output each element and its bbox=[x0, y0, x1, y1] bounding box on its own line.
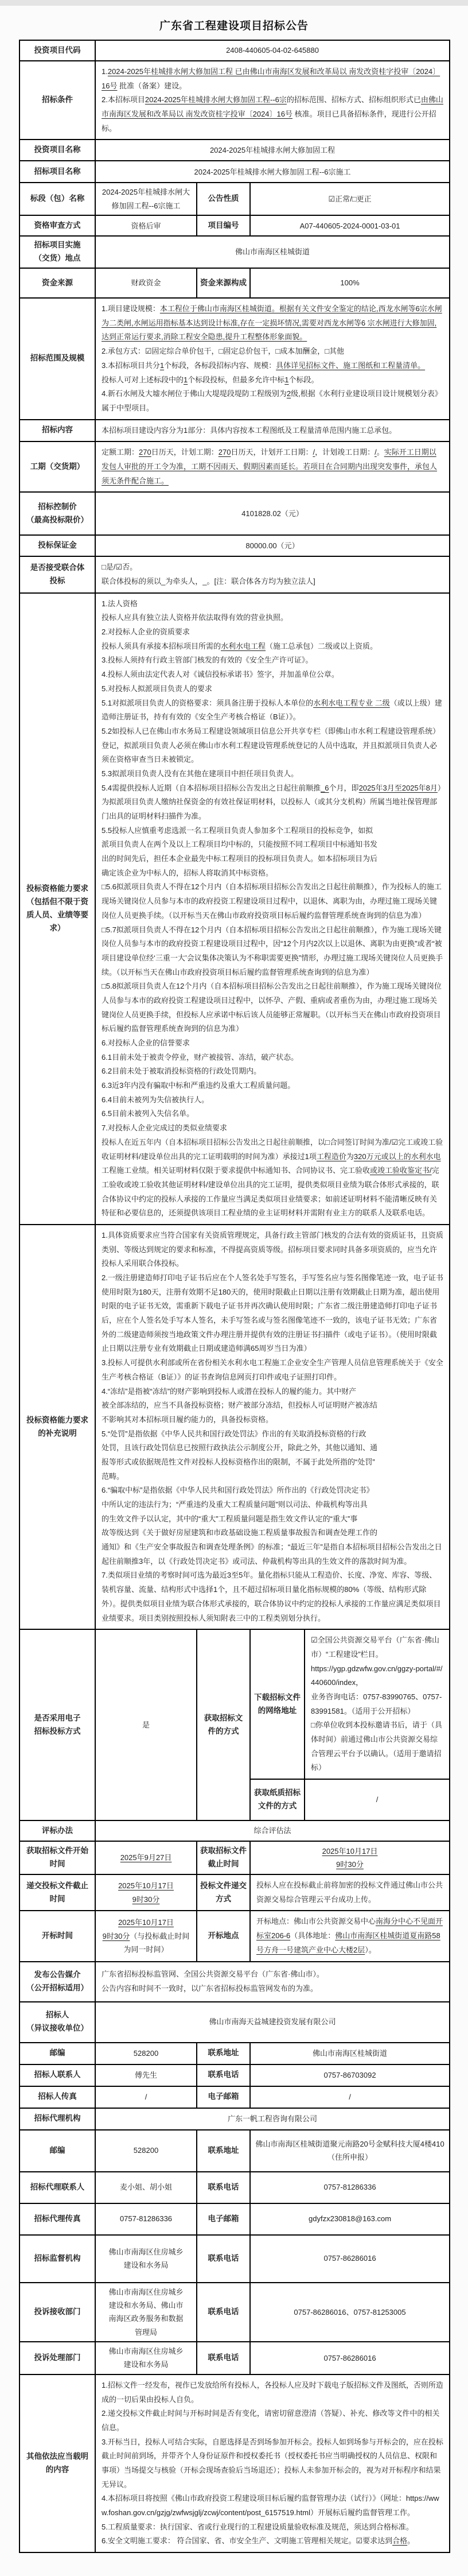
submit-deadline-label: 递交投标文件截止时间 bbox=[19, 1874, 95, 1911]
other-value: 1.招标文件一经发布，视作已发放给所有投标人，各投标人应及时下载电子版招标文件及… bbox=[95, 2374, 450, 2552]
doc-deadline-label: 获取招标文件截止时间 bbox=[197, 1841, 250, 1874]
invest-name-value: 2024-2025年桂城排水闸大修加固工程 bbox=[95, 140, 450, 161]
row-complaint-receive: 投诉接收部门 佛山市南海区住房城乡 建设和水务局、佛山市 南海区政务服务和数据 … bbox=[19, 2283, 450, 2342]
row-media: 发布公告媒介 （公开招标适用） 广东省招标投标监管网、全国公共资源交易平台（广东… bbox=[19, 1962, 450, 2002]
tenderer-postcode-value: 528200 bbox=[95, 2043, 197, 2064]
location-value: 佛山市南海区桂城街道 bbox=[95, 236, 450, 268]
supervisor-phone-value: 0757-86286016 bbox=[250, 2235, 450, 2283]
opening-time-label: 开标时间 bbox=[19, 1911, 95, 1961]
row-invest-code: 投资项目代码 2408-440605-04-02-645880 bbox=[19, 40, 450, 61]
supervisor-label: 招标监督机构 bbox=[19, 2235, 95, 2283]
duration-value: 定额工期：270日历天，计划工期：270日历天，计划开工日期：/，计划竣工日期：… bbox=[95, 441, 450, 492]
project-name-value: 2024-2025年桂城排水闸大修加固工程--6宗施工 bbox=[95, 161, 450, 183]
bid-conditions-label: 招标条件 bbox=[19, 61, 95, 140]
row-duration: 工期（交货期） 定额工期：270日历天，计划工期：270日历天，计划开工日期：/… bbox=[19, 441, 450, 492]
complaint-handle-phone-value: 0757-86286016 bbox=[250, 2342, 450, 2374]
row-tenderer-fax: 招标人传真 / 电子邮箱 / bbox=[19, 2086, 450, 2108]
tenderer-email-value: / bbox=[250, 2086, 450, 2108]
tenderer-email-label: 电子邮箱 bbox=[197, 2086, 250, 2108]
tenderer-contact-label: 招标人联系人 bbox=[19, 2064, 95, 2086]
agency-phone-label: 联系电话 bbox=[197, 2172, 250, 2203]
page-title: 广东省工程建设项目招标公告 bbox=[19, 17, 449, 33]
content-value: 本招标项目建设内容分为1部分：具体内容按本工程图纸及工程量清单范围内施工总承包。 bbox=[95, 420, 450, 442]
evaluation-label: 评标办法 bbox=[19, 1820, 95, 1841]
tenderer-value: 佛山市南海天益城建投资发展有限公司 bbox=[95, 2002, 450, 2043]
supervisor-phone-label: 联系电话 bbox=[197, 2235, 250, 2283]
row-qualification-notes: 投标资格能力要求的补充说明 1.具体资质要求应当符合国家有关资质管理规定，具备行… bbox=[19, 1225, 450, 1629]
invest-code-label: 投资项目代码 bbox=[19, 40, 95, 61]
control-price-value: 4101828.02（元） bbox=[95, 492, 450, 535]
media-value: 广东省招标投标监管网、全国公共资源交易平台（广东省·佛山市）。 公告内容和时间不… bbox=[95, 1962, 450, 2002]
bid-bond-label: 投标保证金 bbox=[19, 535, 95, 556]
supervisor-value: 佛山市南海区住房城乡 建设和水务局 bbox=[95, 2235, 197, 2283]
row-agency-post: 邮编 528200 联系地址 佛山市南海区桂城街道聚元南路20号金赋科技大厦4楼… bbox=[19, 2130, 450, 2172]
funding-composition-label: 资金来源构成 bbox=[197, 268, 250, 298]
agency-postcode-value: 528200 bbox=[95, 2130, 197, 2172]
invest-name-label: 投资项目名称 bbox=[19, 140, 95, 161]
opening-place-label: 开标地点 bbox=[197, 1911, 250, 1961]
announcement-document: 广东省工程建设项目招标公告 投资项目代码 2408-440605-04-02-6… bbox=[19, 6, 449, 2576]
row-evaluation: 评标办法 综合评估法 bbox=[19, 1820, 450, 1841]
submit-method-value: 投标人应在投标截止前将加密的投标文件通过佛山市公共资源交易综合管理云平台成功上传… bbox=[250, 1874, 450, 1911]
row-agency-contact: 招标代理联系人 麦小姐、胡小姐 联系电话 0757-81286336 bbox=[19, 2172, 450, 2203]
paper-docs-value: / bbox=[305, 1779, 450, 1820]
row-tenderer: 招标人 （异议接收单位） 佛山市南海天益城建投资发展有限公司 bbox=[19, 2002, 450, 2043]
row-bid-conditions: 招标条件 1.2024-2025年桂城排水闸大修加固工程 已由佛山市南海区发展和… bbox=[19, 61, 450, 140]
qual-notes-label: 投标资格能力要求的补充说明 bbox=[19, 1225, 95, 1629]
row-opening: 开标时间 2025年10月17日 9时30分（与投标截止时间为同一时间） 开标地… bbox=[19, 1911, 450, 1961]
funding-composition-value: 100% bbox=[250, 268, 450, 298]
agency-fax-label: 招标代理传真 bbox=[19, 2203, 95, 2235]
section-value: 2024-2025年桂城排水闸大修加固工程--6宗施工 bbox=[95, 183, 197, 215]
announcement-table: 投资项目代码 2408-440605-04-02-645880 招标条件 1.2… bbox=[19, 40, 450, 2553]
row-submit-deadline: 递交投标文件截止时间 2025年10月17日 9时30分 投标文件递交方式 投标… bbox=[19, 1874, 450, 1911]
download-url-label: 下载招标文件的网络地址 bbox=[250, 1629, 305, 1779]
location-label: 招标项目实施 （交货）地点 bbox=[19, 236, 95, 268]
invest-code-value: 2408-440605-04-02-645880 bbox=[95, 40, 450, 61]
agency-label: 招标代理机构 bbox=[19, 2108, 95, 2130]
row-qualification-requirements: 投标资格能力要求 （包括但不限于资质人员、业绩等要求） 1.法人资格 投标人应具… bbox=[19, 593, 450, 1225]
row-content: 招标内容 本招标项目建设内容分为1部分：具体内容按本工程图纸及工程量清单范围内施… bbox=[19, 420, 450, 442]
tenderer-postcode-label: 邮编 bbox=[19, 2043, 95, 2064]
row-tenderer-contact: 招标人联系人 傅先生 联系电话 0757-86703092 bbox=[19, 2064, 450, 2086]
agency-phone-value: 0757-81286336 bbox=[250, 2172, 450, 2203]
complaint-receive-phone-value: 0757-86286016、0757-81253005 bbox=[250, 2283, 450, 2342]
row-qualification-review: 资格审查方式 资格后审 项目编号 A07-440605-2024-0001-03… bbox=[19, 215, 450, 236]
notice-nature-label: 公告性质 bbox=[197, 183, 250, 215]
electronic-bidding-value: 是 bbox=[95, 1629, 197, 1820]
download-url-value: ☑全国公共资源交易平台（广东省·佛山市）“工程建设”栏目。 https://yg… bbox=[305, 1629, 450, 1779]
qual-review-label: 资格审查方式 bbox=[19, 215, 95, 236]
tenderer-label: 招标人 （异议接收单位） bbox=[19, 2002, 95, 2043]
obtain-docs-method-label: 获取招标文 件的方式 bbox=[197, 1629, 250, 1820]
bid-conditions-value: 1.2024-2025年桂城排水闸大修加固工程 已由佛山市南海区发展和改革局以 … bbox=[95, 61, 450, 140]
row-consortium: 是否接受联合体 投标 □是/☑否。 联合体投标的须以_为牵头人，_。[注：联合体… bbox=[19, 556, 450, 592]
opening-time-value: 2025年10月17日 9时30分（与投标截止时间为同一时间） bbox=[95, 1911, 197, 1961]
row-section: 标段（包）名称 2024-2025年桂城排水闸大修加固工程--6宗施工 公告性质… bbox=[19, 183, 450, 215]
evaluation-value: 综合评估法 bbox=[95, 1820, 450, 1841]
row-agency: 招标代理机构 广东一帆工程咨询有限公司 bbox=[19, 2108, 450, 2130]
funding-label: 资金来源 bbox=[19, 268, 95, 298]
row-tenderer-post: 邮编 528200 联系地址 佛山市南海区桂城街道 bbox=[19, 2043, 450, 2064]
section-label: 标段（包）名称 bbox=[19, 183, 95, 215]
tenderer-address-label: 联系地址 bbox=[197, 2043, 250, 2064]
project-number-label: 项目编号 bbox=[197, 215, 250, 236]
row-supervisor: 招标监督机构 佛山市南海区住房城乡 建设和水务局 联系电话 0757-86286… bbox=[19, 2235, 450, 2283]
doc-deadline-value: 2025年10月17日 9时30分 bbox=[250, 1841, 450, 1874]
bid-bond-value: 80000.00（元） bbox=[95, 535, 450, 556]
qual-review-value: 资格后审 bbox=[95, 215, 197, 236]
agency-contact-value: 麦小姐、胡小姐 bbox=[95, 2172, 197, 2203]
qual-req-value: 1.法人资格 投标人应具有独立法人资格并依法取得有效的营业执照。 2.对投标人企… bbox=[95, 593, 450, 1225]
complaint-handle-phone-label: 联系电话 bbox=[197, 2342, 250, 2374]
tenderer-phone-value: 0757-86703092 bbox=[250, 2064, 450, 2086]
doc-start-value: 2025年9月27日 bbox=[95, 1841, 197, 1874]
other-label: 其他依法应当载明的内容 bbox=[19, 2374, 95, 2552]
row-agency-fax: 招标代理传真 0757-81286336 电子邮箱 gdyfzx230818@1… bbox=[19, 2203, 450, 2235]
row-electronic-bidding: 是否采用电子 招标投标方式 是 获取招标文 件的方式 下载招标文件的网络地址 ☑… bbox=[19, 1629, 450, 1779]
complaint-handle-label: 投诉处理部门 bbox=[19, 2342, 95, 2374]
row-control-price: 招标控制价 （最高投标限价） 4101828.02（元） bbox=[19, 492, 450, 535]
complaint-handle-value: 佛山市南海区住房城乡 建设和水务局 bbox=[95, 2342, 197, 2374]
agency-fax-value: 0757-81286336 bbox=[95, 2203, 197, 2235]
agency-contact-label: 招标代理联系人 bbox=[19, 2172, 95, 2203]
row-location: 招标项目实施 （交货）地点 佛山市南海区桂城街道 bbox=[19, 236, 450, 268]
complaint-receive-value: 佛山市南海区住房城乡 建设和水务局、佛山市 南海区政务服务和数据 管理局 bbox=[95, 2283, 197, 2342]
notice-nature-value: ☑正常/□更正 bbox=[250, 183, 450, 215]
qual-req-label: 投标资格能力要求 （包括但不限于资质人员、业绩等要求） bbox=[19, 593, 95, 1225]
doc-start-label: 获取招标文件开始时间 bbox=[19, 1841, 95, 1874]
submit-method-label: 投标文件递交方式 bbox=[197, 1874, 250, 1911]
tenderer-fax-value: / bbox=[95, 2086, 197, 2108]
row-invest-name: 投资项目名称 2024-2025年桂城排水闸大修加固工程 bbox=[19, 140, 450, 161]
submit-deadline-value: 2025年10月17日 9时30分 bbox=[95, 1874, 197, 1911]
row-scope: 招标范围及规模 1.项目建设规模：本工程位于佛山市南海区桂城街道。根据有关文件安… bbox=[19, 298, 450, 420]
agency-address-label: 联系地址 bbox=[197, 2130, 250, 2172]
row-doc-time: 获取招标文件开始时间 2025年9月27日 获取招标文件截止时间 2025年10… bbox=[19, 1841, 450, 1874]
scope-value: 1.项目建设规模：本工程位于佛山市南海区桂城街道。根据有关文件安全鉴定的结论,西… bbox=[95, 298, 450, 420]
row-project-name: 招标项目名称 2024-2025年桂城排水闸大修加固工程--6宗施工 bbox=[19, 161, 450, 183]
tenderer-phone-label: 联系电话 bbox=[197, 2064, 250, 2086]
media-label: 发布公告媒介 （公开招标适用） bbox=[19, 1962, 95, 2002]
complaint-receive-label: 投诉接收部门 bbox=[19, 2283, 95, 2342]
row-funding: 资金来源 财政资金 资金来源构成 100% bbox=[19, 268, 450, 298]
agency-email-label: 电子邮箱 bbox=[197, 2203, 250, 2235]
tenderer-address-value: 佛山市南海区桂城街道 bbox=[250, 2043, 450, 2064]
project-name-label: 招标项目名称 bbox=[19, 161, 95, 183]
row-other: 其他依法应当载明的内容 1.招标文件一经发布，视作已发放给所有投标人，各投标人应… bbox=[19, 2374, 450, 2552]
content-label: 招标内容 bbox=[19, 420, 95, 442]
consortium-value: □是/☑否。 联合体投标的须以_为牵头人，_。[注：联合体各方均为独立法人] bbox=[95, 556, 450, 592]
row-bid-bond: 投标保证金 80000.00（元） bbox=[19, 535, 450, 556]
paper-docs-label: 获取纸质招标文件的方式 bbox=[250, 1779, 305, 1820]
tenderer-contact-value: 傅先生 bbox=[95, 2064, 197, 2086]
qual-notes-value: 1.具体资质要求应当符合国家有关资质管理规定，具备行政主管部门核发的合法有效的资… bbox=[95, 1225, 450, 1629]
project-number-value: A07-440605-2024-0001-03-01 bbox=[250, 215, 450, 236]
consortium-label: 是否接受联合体 投标 bbox=[19, 556, 95, 592]
complaint-receive-phone-label: 联系电话 bbox=[197, 2283, 250, 2342]
agency-value: 广东一帆工程咨询有限公司 bbox=[95, 2108, 450, 2130]
electronic-bidding-label: 是否采用电子 招标投标方式 bbox=[19, 1629, 95, 1820]
top-bar bbox=[0, 0, 468, 6]
agency-address-value: 佛山市南海区桂城街道聚元南路20号金赋科技大厦4楼410（住所申报） bbox=[250, 2130, 450, 2172]
agency-email-value: gdyfzx230818@163.com bbox=[250, 2203, 450, 2235]
duration-label: 工期（交货期） bbox=[19, 441, 95, 492]
opening-place-value: 开标地点：佛山市公共资源交易中心南海分中心不见面开标室206-6（具体地址：佛山… bbox=[250, 1911, 450, 1961]
row-complaint-handle: 投诉处理部门 佛山市南海区住房城乡 建设和水务局 联系电话 0757-86286… bbox=[19, 2342, 450, 2374]
funding-value: 财政资金 bbox=[95, 268, 197, 298]
control-price-label: 招标控制价 （最高投标限价） bbox=[19, 492, 95, 535]
agency-postcode-label: 邮编 bbox=[19, 2130, 95, 2172]
scope-label: 招标范围及规模 bbox=[19, 298, 95, 420]
tenderer-fax-label: 招标人传真 bbox=[19, 2086, 95, 2108]
